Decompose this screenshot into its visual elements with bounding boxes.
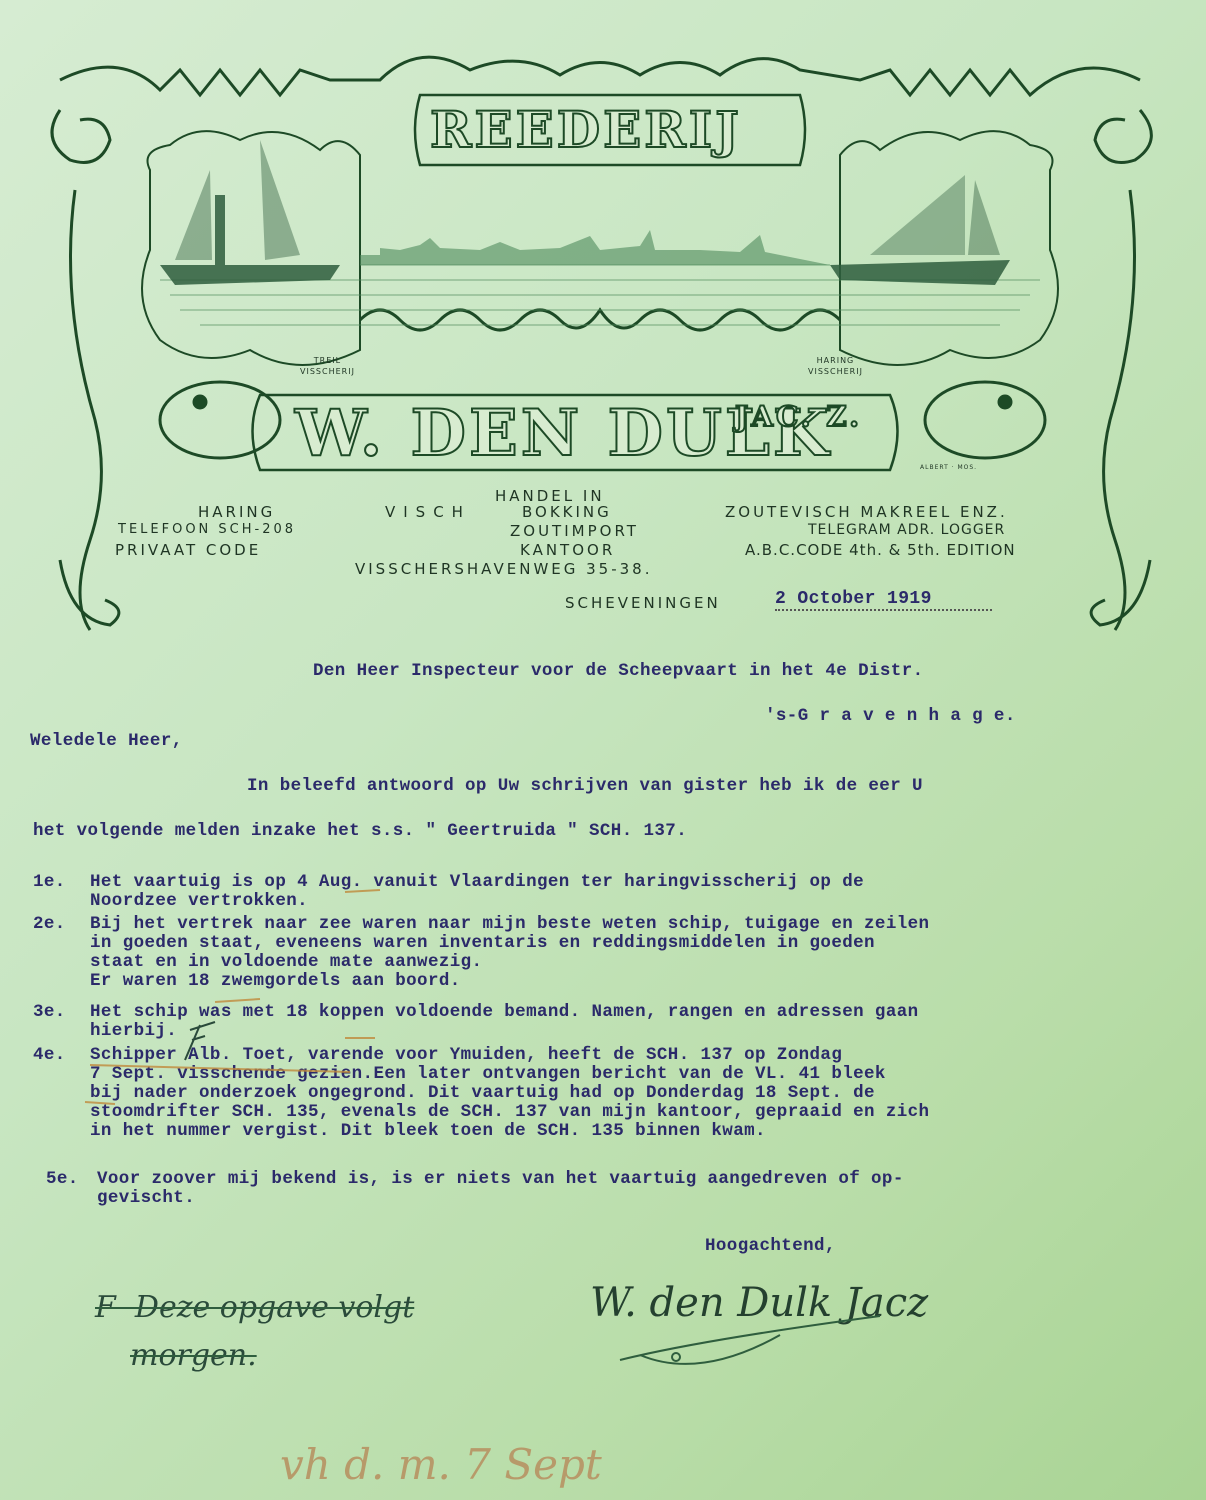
item-line: Bij het vertrek naar zee waren naar mijn… — [90, 915, 929, 934]
recipient-line-1: Den Heer Inspecteur voor de Scheepvaart … — [313, 662, 924, 681]
item-line: Er waren 18 zwemgordels aan boord. — [90, 972, 461, 991]
item-line: 7 Sept. visschende gezien.Een later ontv… — [90, 1065, 886, 1084]
item-line: Noordzee vertrokken. — [90, 892, 308, 911]
artist-mark: ALBERT · MOS. — [920, 462, 977, 473]
pencil-note: vh d. m. 7 Sept — [280, 1440, 602, 1489]
item-line: gevischt. — [97, 1189, 195, 1208]
recipient-line-2: 's-G r a v e n h a g e. — [765, 707, 1016, 726]
item-line: in goeden staat, eveneens waren inventar… — [90, 934, 875, 953]
trade-bokking: BOKKING — [522, 503, 612, 521]
intro-line-2: het volgende melden inzake het s.s. " Ge… — [33, 822, 687, 841]
intro-line-1: In beleefd antwoord op Uw schrijven van … — [247, 777, 923, 796]
item-line: stoomdrifter SCH. 135, evenals de SCH. 1… — [90, 1103, 929, 1122]
abc-code: A.B.C.CODE 4th. & 5th. EDITION — [745, 541, 1016, 559]
item-line: Schipper Alb. Toet, varende voor Ymuiden… — [90, 1046, 842, 1065]
handwritten-note-line-2: morgen. — [130, 1338, 257, 1373]
signature: W. den Dulk Jacz — [590, 1280, 928, 1326]
item-line: Voor zoover mij bekend is, is er niets v… — [97, 1170, 904, 1189]
trade-visch: VISCH — [385, 503, 471, 521]
trade-haring: HARING — [198, 503, 275, 521]
item-line: hierbij. — [90, 1022, 177, 1041]
item-line: bij nader onderzoek ongegrond. Dit vaart… — [90, 1084, 875, 1103]
item-number: 1e. — [33, 873, 66, 892]
company-suffix: JAC. Z. — [735, 400, 862, 433]
item-line: in het nummer vergist. Dit bleek toen de… — [90, 1122, 766, 1141]
handwritten-note-line-1: F Deze opgave volgt — [95, 1290, 414, 1325]
letter-date: 2 October 1919 — [775, 590, 992, 611]
salutation: Weledele Heer, — [30, 732, 183, 751]
closing: Hoogachtend, — [705, 1237, 836, 1256]
haring-caption: HARING VISSCHERIJ — [808, 355, 863, 377]
private-code: PRIVAAT CODE — [115, 541, 261, 559]
telephone: TELEFOON SCH-208 — [118, 522, 296, 537]
item-line: Het schip was met 18 koppen voldoende be… — [90, 1003, 919, 1022]
letterhead: REEDERIJ TREIL VISSCHERIJ HARING VISSCHE… — [0, 0, 1206, 640]
item-number: 5e. — [46, 1170, 79, 1189]
city: SCHEVENINGEN — [565, 594, 721, 612]
item-number: 2e. — [33, 915, 66, 934]
telegram-address: TELEGRAM ADR. LOGGER — [808, 522, 1005, 538]
treil-caption: TREIL VISSCHERIJ — [300, 355, 355, 377]
salt-import: ZOUTIMPORT — [510, 522, 639, 540]
item-line: staat en in voldoende mate aanwezig. — [90, 953, 482, 972]
item-line: Het vaartuig is op 4 Aug. vanuit Vlaardi… — [90, 873, 864, 892]
item-number: 3e. — [33, 1003, 66, 1022]
reederij-banner: REEDERIJ — [430, 100, 742, 159]
office: KANTOOR — [520, 541, 615, 559]
address: VISSCHERSHAVENWEG 35-38. — [355, 560, 653, 578]
trade-zoutevisch: ZOUTEVISCH MAKREEL ENZ. — [725, 503, 1008, 521]
item-number: 4e. — [33, 1046, 66, 1065]
